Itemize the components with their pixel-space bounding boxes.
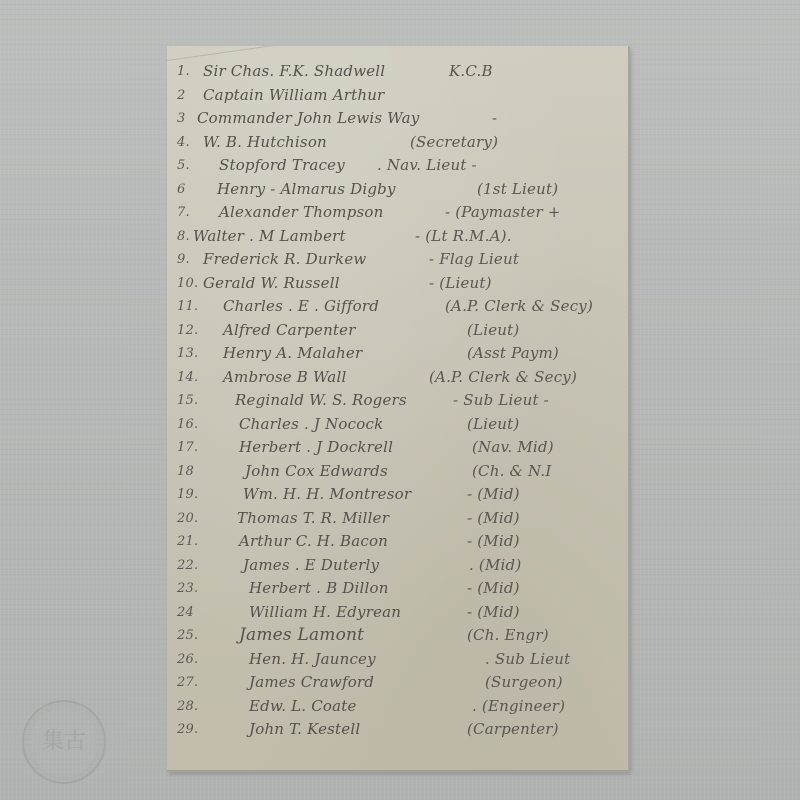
entry-number: 2 <box>177 84 185 108</box>
entry-name: Arthur C. H. Bacon <box>239 530 388 554</box>
entry-role: - (Paymaster + <box>445 201 561 225</box>
entry-number: 20. <box>177 507 198 531</box>
crew-list: 1.Sir Chas. F.K. ShadwellK.C.B 2Captain … <box>167 60 628 742</box>
list-item: 14.Ambrose B Wall(A.P. Clerk & Secy) <box>167 366 628 390</box>
entry-number: 8. <box>177 225 190 249</box>
entry-name: Henry A. Malaher <box>223 342 362 366</box>
list-item: 24William H. Edyrean- (Mid) <box>167 601 628 625</box>
list-item: 10.Gerald W. Russell- (Lieut) <box>167 272 628 296</box>
entry-name: William H. Edyrean <box>249 601 401 625</box>
entry-name: Edw. L. Coate <box>249 695 357 719</box>
entry-name: Stopford Tracey <box>219 154 345 178</box>
paper-crease <box>167 46 405 61</box>
list-item: 3Commander John Lewis Way- <box>167 107 628 131</box>
entry-number: 12. <box>177 319 198 343</box>
entry-number: 15. <box>177 389 198 413</box>
entry-name: James . E Duterly <box>243 554 379 578</box>
entry-number: 16. <box>177 413 198 437</box>
entry-number: 7. <box>177 201 190 225</box>
entry-number: 3 <box>177 107 185 131</box>
entry-number: 17. <box>177 436 198 460</box>
entry-role: (Carpenter) <box>467 718 559 742</box>
entry-role: (1st Lieut) <box>477 178 558 202</box>
list-item: 29.John T. Kestell(Carpenter) <box>167 718 628 742</box>
list-item: 6Henry - Almarus Digby(1st Lieut) <box>167 178 628 202</box>
list-item: 16.Charles . J Nocock(Lieut) <box>167 413 628 437</box>
entry-name: Frederick R. Durkew <box>203 248 366 272</box>
entry-role: - Sub Lieut - <box>453 389 549 413</box>
entry-name: John Cox Edwards <box>245 460 388 484</box>
seal-watermark-text: 集古 <box>24 702 104 782</box>
entry-role: - (Mid) <box>467 530 520 554</box>
list-item: 5.Stopford Tracey. Nav. Lieut - <box>167 154 628 178</box>
entry-role: (Lieut) <box>467 413 519 437</box>
entry-name: Thomas T. R. Miller <box>237 507 389 531</box>
entry-role: - Flag Lieut <box>429 248 519 272</box>
entry-name: James Crawford <box>249 671 374 695</box>
entry-name: Charles . J Nocock <box>239 413 383 437</box>
entry-number: 9. <box>177 248 190 272</box>
list-item: 4.W. B. Hutchison(Secretary) <box>167 131 628 155</box>
entry-role: . (Engineer) <box>472 695 565 719</box>
entry-number: 1. <box>177 60 190 84</box>
list-item: 12.Alfred Carpenter(Lieut) <box>167 319 628 343</box>
entry-role: - (Mid) <box>467 483 520 507</box>
entry-name: Alexander Thompson <box>219 201 384 225</box>
entry-number: 10. <box>177 272 198 296</box>
entry-number: 22. <box>177 554 198 578</box>
list-item: 28.Edw. L. Coate. (Engineer) <box>167 695 628 719</box>
list-item: 20.Thomas T. R. Miller- (Mid) <box>167 507 628 531</box>
entry-role: K.C.B <box>449 60 493 84</box>
entry-number: 24 <box>177 601 194 625</box>
list-item: 11.Charles . E . Gifford(A.P. Clerk & Se… <box>167 295 628 319</box>
entry-role: (A.P. Clerk & Secy) <box>429 366 577 390</box>
list-item: 27.James Crawford(Surgeon) <box>167 671 628 695</box>
entry-role: (A.P. Clerk & Secy) <box>445 295 593 319</box>
entry-number: 29. <box>177 718 198 742</box>
entry-name: Ambrose B Wall <box>223 366 346 390</box>
entry-name: Reginald W. S. Rogers <box>235 389 407 413</box>
list-item: 8.Walter . M Lambert- (Lt R.M.A). <box>167 225 628 249</box>
entry-name: Herbert . B Dillon <box>249 577 389 601</box>
entry-role: (Surgeon) <box>485 671 563 695</box>
list-item: 26.Hen. H. Jauncey. Sub Lieut <box>167 648 628 672</box>
list-item: 15.Reginald W. S. Rogers- Sub Lieut - <box>167 389 628 413</box>
entry-role: - (Lt R.M.A). <box>415 225 512 249</box>
list-item: 18John Cox Edwards(Ch. & N.I <box>167 460 628 484</box>
list-item: 22.James . E Duterly. (Mid) <box>167 554 628 578</box>
list-item: 7.Alexander Thompson- (Paymaster + <box>167 201 628 225</box>
list-item: 9.Frederick R. Durkew- Flag Lieut <box>167 248 628 272</box>
entry-name: Alfred Carpenter <box>223 319 356 343</box>
entry-role: (Ch. & N.I <box>472 460 552 484</box>
entry-number: 18 <box>177 460 194 484</box>
seal-watermark: 集古 <box>22 700 106 784</box>
entry-role: - (Lieut) <box>429 272 492 296</box>
entry-number: 25. <box>177 624 198 648</box>
entry-role: (Ch. Engr) <box>467 624 549 648</box>
entry-role: (Nav. Mid) <box>472 436 554 460</box>
entry-name: Captain William Arthur <box>203 84 384 108</box>
list-item: 1.Sir Chas. F.K. ShadwellK.C.B <box>167 60 628 84</box>
entry-name: Henry - Almarus Digby <box>217 178 396 202</box>
entry-role: . Nav. Lieut - <box>377 154 477 178</box>
entry-number: 5. <box>177 154 190 178</box>
entry-name: John T. Kestell <box>249 718 360 742</box>
list-item: 2Captain William Arthur <box>167 84 628 108</box>
entry-role: . (Mid) <box>469 554 521 578</box>
entry-number: 14. <box>177 366 198 390</box>
entry-role: (Secretary) <box>410 131 498 155</box>
entry-role: - (Mid) <box>467 507 520 531</box>
entry-role: - (Mid) <box>467 601 520 625</box>
handwritten-document: 1.Sir Chas. F.K. ShadwellK.C.B 2Captain … <box>167 46 629 771</box>
entry-number: 11. <box>177 295 198 319</box>
entry-name: Hen. H. Jauncey <box>249 648 376 672</box>
entry-name: Walter . M Lambert <box>193 225 346 249</box>
entry-name: Sir Chas. F.K. Shadwell <box>203 60 385 84</box>
list-item: 25.James Lamont(Ch. Engr) <box>167 624 628 648</box>
entry-role: (Asst Paym) <box>467 342 559 366</box>
entry-name: Commander John Lewis Way <box>197 107 419 131</box>
entry-number: 23. <box>177 577 198 601</box>
entry-number: 6 <box>177 178 185 202</box>
entry-name: James Lamont <box>239 624 364 648</box>
entry-number: 13. <box>177 342 198 366</box>
entry-name: Herbert . J Dockrell <box>239 436 393 460</box>
entry-number: 21. <box>177 530 198 554</box>
list-item: 17.Herbert . J Dockrell(Nav. Mid) <box>167 436 628 460</box>
list-item: 13.Henry A. Malaher(Asst Paym) <box>167 342 628 366</box>
entry-name: Gerald W. Russell <box>203 272 340 296</box>
entry-name: Wm. H. H. Montresor <box>243 483 411 507</box>
entry-name: Charles . E . Gifford <box>223 295 379 319</box>
entry-role: . Sub Lieut <box>485 648 570 672</box>
entry-name: W. B. Hutchison <box>203 131 327 155</box>
entry-number: 4. <box>177 131 190 155</box>
list-item: 19.Wm. H. H. Montresor- (Mid) <box>167 483 628 507</box>
entry-number: 27. <box>177 671 198 695</box>
list-item: 23.Herbert . B Dillon- (Mid) <box>167 577 628 601</box>
entry-role: (Lieut) <box>467 319 519 343</box>
entry-number: 19. <box>177 483 198 507</box>
list-item: 21.Arthur C. H. Bacon- (Mid) <box>167 530 628 554</box>
entry-role: - <box>492 107 497 131</box>
entry-role: - (Mid) <box>467 577 520 601</box>
entry-number: 28. <box>177 695 198 719</box>
entry-number: 26. <box>177 648 198 672</box>
